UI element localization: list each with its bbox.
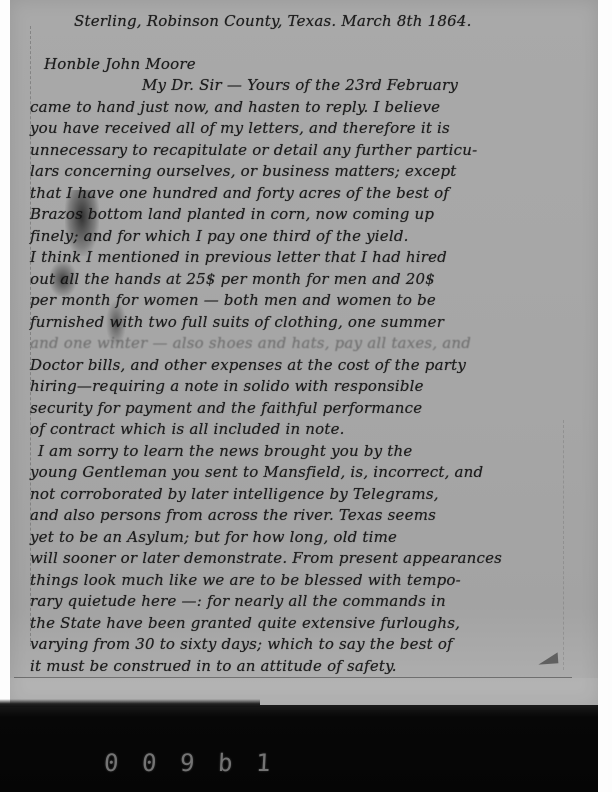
letter-line: and also persons from across the river. … <box>30 505 590 527</box>
letter-line: things look much like we are to be bless… <box>30 570 590 592</box>
letter-line: I think I mentioned in previous letter t… <box>30 247 590 269</box>
letter-line: My Dr. Sir — Yours of the 23rd February <box>142 75 590 97</box>
letter-line: young Gentleman you sent to Mansfield, i… <box>30 462 590 484</box>
letter-paper: Sterling, Robinson County, Texas. March … <box>10 0 598 706</box>
letter-line: the State have been granted quite extens… <box>30 613 590 635</box>
pen-flourish-mark <box>538 652 559 664</box>
letter-line: lars concerning ourselves, or business m… <box>30 161 590 183</box>
letter-line: of contract which is all included in not… <box>30 419 590 441</box>
letter-line: Brazos bottom land planted in corn, now … <box>30 204 590 226</box>
letter-line: not corroborated by later intelligence b… <box>30 484 590 506</box>
letter-line: out all the hands at 25$ per month for m… <box>30 269 590 291</box>
letter-line: Honble John Moore <box>44 54 590 76</box>
letter-line: you have received all of my letters, and… <box>30 118 590 140</box>
letter-line: per month for women — both men and women… <box>30 290 590 312</box>
letter-line: that I have one hundred and forty acres … <box>30 183 590 205</box>
frame-counter: 009b1 <box>104 749 294 777</box>
counter-digit: 1 <box>255 749 294 777</box>
counter-digit: 9 <box>179 749 218 777</box>
letter-line: I am sorry to learn the news brought you… <box>38 441 590 463</box>
letter-line: came to hand just now, and hasten to rep… <box>30 97 590 119</box>
letter-line: hiring—requiring a note in solido with r… <box>30 376 590 398</box>
counter-digit: b <box>217 749 256 777</box>
scanned-letter-page: Sterling, Robinson County, Texas. March … <box>0 0 612 792</box>
letter-line: security for payment and the faithful pe… <box>30 398 590 420</box>
letter-line: varying from 30 to sixty days; which to … <box>30 634 590 656</box>
letter-line: Sterling, Robinson County, Texas. March … <box>74 11 590 33</box>
letter-line: rary quietude here —: for nearly all the… <box>30 591 590 613</box>
letter-line: will sooner or later demonstrate. From p… <box>30 548 590 570</box>
letter-line: and one winter — also shoes and hats, pa… <box>30 333 590 355</box>
letter-body-text: Sterling, Robinson County, Texas. March … <box>30 11 590 677</box>
letter-line: it must be construed in to an attitude o… <box>30 656 590 678</box>
letter-line: furnished with two full suits of clothin… <box>30 312 590 334</box>
letter-line: unnecessary to recapitulate or detail an… <box>30 140 590 162</box>
letter-line: Doctor bills, and other expenses at the … <box>30 355 590 377</box>
letter-line: yet to be an Asylum; but for how long, o… <box>30 527 590 549</box>
counter-digit: 0 <box>103 749 142 777</box>
letter-line: finely; and for which I pay one third of… <box>30 226 590 248</box>
film-strip: 009b1 <box>0 705 598 792</box>
counter-digit: 0 <box>141 749 180 777</box>
